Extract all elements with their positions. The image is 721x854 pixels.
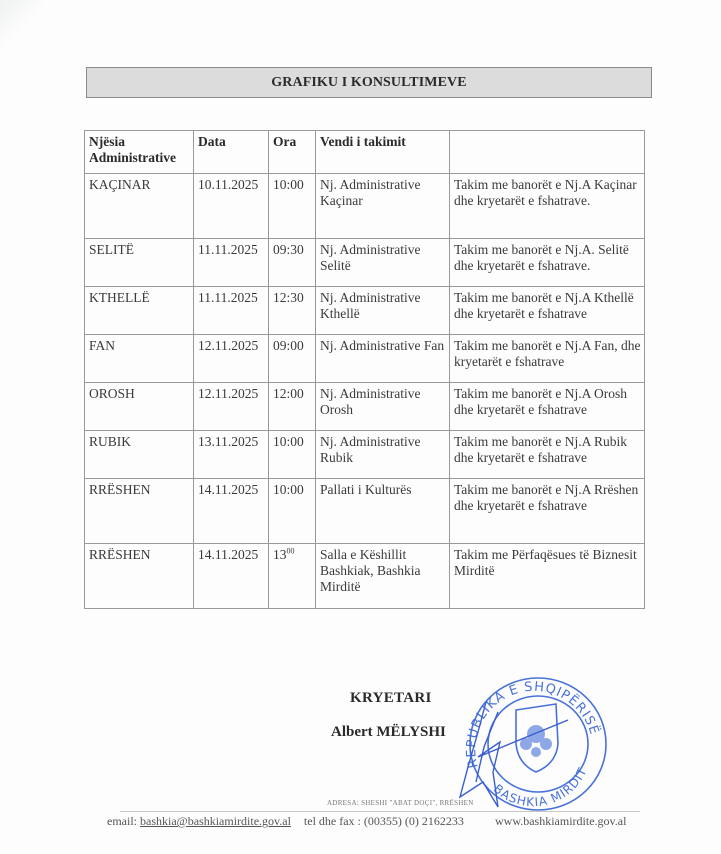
cell-unit: RUBIK	[85, 431, 194, 479]
cell-venue: Nj. Administrative Selitë	[316, 239, 450, 287]
cell-date: 14.11.2025	[194, 544, 269, 609]
page-edge-shadow	[0, 0, 54, 70]
cell-description: Takim me banorët e Nj.A. Selitë dhe krye…	[450, 239, 645, 287]
cell-time: 09:00	[269, 335, 316, 383]
header-unit: Njësia Administrative	[85, 131, 194, 174]
official-stamp-icon: REPUBLIKA E SHQIPËRISË BASHKIA MIRDITË	[438, 672, 618, 812]
table-row: RRËSHEN 14.11.2025 10:00 Pallati i Kultu…	[85, 479, 645, 544]
cell-date: 12.11.2025	[194, 383, 269, 431]
cell-venue: Salla e Këshillit Bashkiak, Bashkia Mird…	[316, 544, 450, 609]
consultation-schedule-table: Njësia Administrative Data Ora Vendi i t…	[84, 130, 645, 609]
signatory-title: KRYETARI	[350, 690, 432, 707]
time-hour: 13	[273, 547, 287, 562]
cell-unit: SELITË	[85, 239, 194, 287]
cell-venue: Nj. Administrative Fan	[316, 335, 450, 383]
cell-venue: Nj. Administrative Kthellë	[316, 287, 450, 335]
table-row: FAN 12.11.2025 09:00 Nj. Administrative …	[85, 335, 645, 383]
cell-description: Takim me banorët e Nj.A Rubik dhe kryeta…	[450, 431, 645, 479]
cell-unit: KAÇINAR	[85, 174, 194, 239]
email-link[interactable]: bashkia@bashkiamirdite.gov.al	[140, 814, 291, 828]
cell-time: 12:00	[269, 383, 316, 431]
cell-description: Takim me Përfaqësues të Biznesit Mirditë	[450, 544, 645, 609]
cell-unit: RRËSHEN	[85, 544, 194, 609]
cell-venue: Nj. Administrative Orosh	[316, 383, 450, 431]
document-title: GRAFIKU I KONSULTIMEVE	[86, 67, 652, 98]
cell-description: Takim me banorët e Nj.A Kaçinar dhe krye…	[450, 174, 645, 239]
cell-date: 12.11.2025	[194, 335, 269, 383]
table-row: SELITË 11.11.2025 09:30 Nj. Administrati…	[85, 239, 645, 287]
header-description	[450, 131, 645, 174]
table-row: KTHELLË 11.11.2025 12:30 Nj. Administrat…	[85, 287, 645, 335]
website-link[interactable]: www.bashkiamirdite.gov.al	[495, 814, 626, 829]
cell-unit: FAN	[85, 335, 194, 383]
time-minutes-superscript: 00	[287, 547, 295, 556]
cell-venue: Nj. Administrative Rubik	[316, 431, 450, 479]
cell-unit: RRËSHEN	[85, 479, 194, 544]
table-row: KAÇINAR 10.11.2025 10:00 Nj. Administrat…	[85, 174, 645, 239]
email-label: email:	[107, 814, 137, 828]
cell-date: 14.11.2025	[194, 479, 269, 544]
cell-time: 12:30	[269, 287, 316, 335]
table-row: RRËSHEN 14.11.2025 1300 Salla e Këshilli…	[85, 544, 645, 609]
cell-description: Takim me banorët e Nj.A Kthellë dhe krye…	[450, 287, 645, 335]
table-row: RUBIK 13.11.2025 10:00 Nj. Administrativ…	[85, 431, 645, 479]
table-header-row: Njësia Administrative Data Ora Vendi i t…	[85, 131, 645, 174]
phone-fax: tel dhe fax : (00355) (0) 2162233	[304, 814, 464, 828]
signatory-name: Albert MËLYSHI	[331, 724, 446, 741]
cell-date: 10.11.2025	[194, 174, 269, 239]
footer-address: ADRESA: SHESHI "ABAT DOÇI", RRËSHEN	[325, 799, 476, 807]
cell-time: 10:00	[269, 479, 316, 544]
cell-description: Takim me banorët e Nj.A Orosh dhe kryeta…	[450, 383, 645, 431]
header-time: Ora	[269, 131, 316, 174]
header-date: Data	[194, 131, 269, 174]
cell-venue: Nj. Administrative Kaçinar	[316, 174, 450, 239]
cell-unit: KTHELLË	[85, 287, 194, 335]
cell-description: Takim me banorët e Nj.A Rrëshen dhe krye…	[450, 479, 645, 544]
cell-time: 10:00	[269, 431, 316, 479]
table-row: OROSH 12.11.2025 12:00 Nj. Administrativ…	[85, 383, 645, 431]
cell-date: 11.11.2025	[194, 239, 269, 287]
cell-unit: OROSH	[85, 383, 194, 431]
header-venue: Vendi i takimit	[316, 131, 450, 174]
cell-date: 11.11.2025	[194, 287, 269, 335]
cell-time: 1300	[269, 544, 316, 609]
cell-time: 09:30	[269, 239, 316, 287]
cell-description: Takim me banorët e Nj.A Fan, dhe kryetar…	[450, 335, 645, 383]
footer-contact: email: bashkia@bashkiamirdite.gov.al tel…	[107, 814, 667, 829]
cell-time: 10:00	[269, 174, 316, 239]
cell-date: 13.11.2025	[194, 431, 269, 479]
cell-venue: Pallati i Kulturës	[316, 479, 450, 544]
